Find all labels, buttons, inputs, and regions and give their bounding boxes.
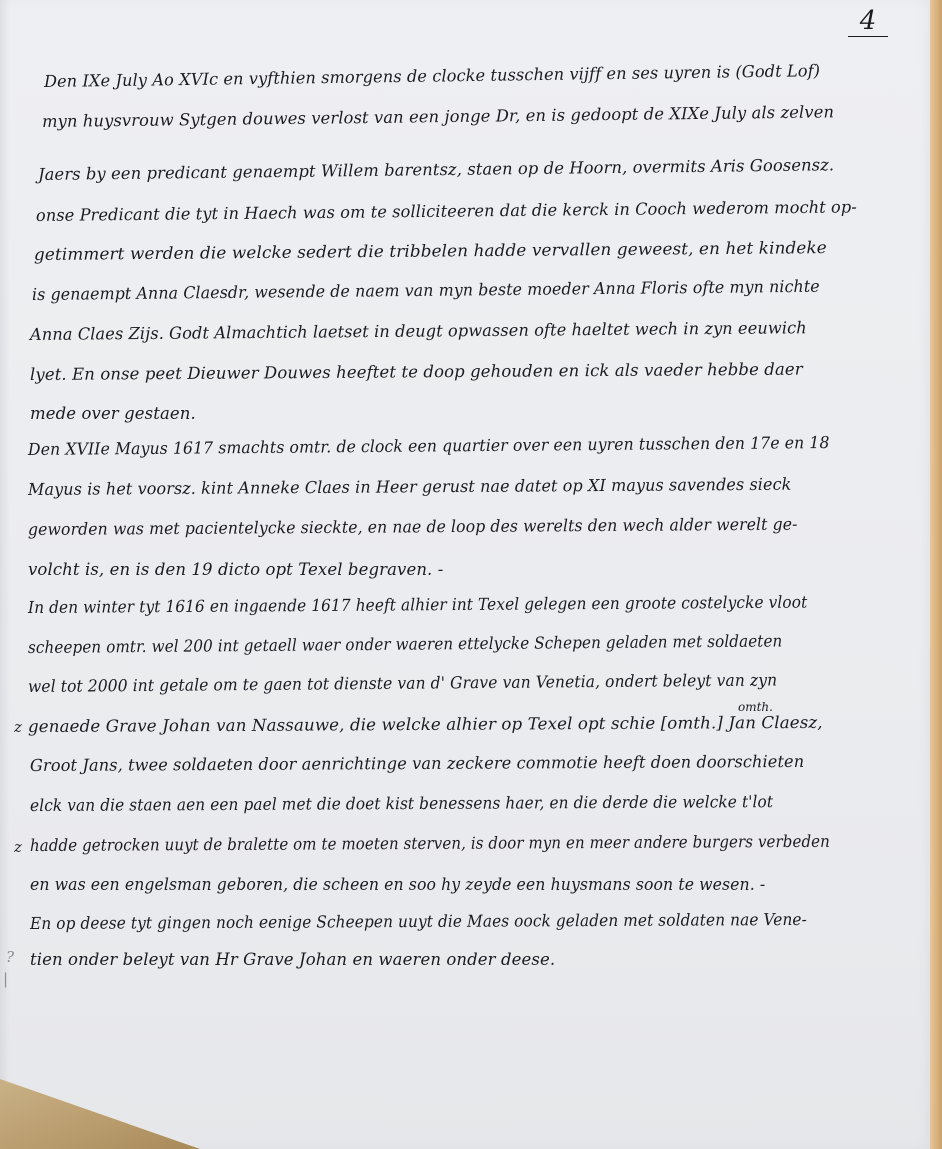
text-line: onse Predicant die tyt in Haech was om t… <box>36 197 857 225</box>
text-line: tien onder beleyt van Hr Grave Johan en … <box>30 950 555 969</box>
text-line: En op deese tyt gingen noch eenige Schee… <box>30 910 807 933</box>
text-line: scheepen omtr. wel 200 int getaell waer … <box>28 631 783 657</box>
text-line: geworden was met pacientelycke sieckte, … <box>28 515 798 539</box>
text-line: genaede Grave Johan van Nassauwe, die we… <box>28 713 823 736</box>
text-line: Mayus is het voorsz. kint Anneke Claes i… <box>28 475 792 499</box>
margin-reference-mark: z <box>14 718 22 736</box>
text-line: In den winter tyt 1616 en ingaende 1617 … <box>28 593 807 617</box>
text-line: mede over gestaen. <box>30 404 196 423</box>
text-line: volcht is, en is den 19 dicto opt Texel … <box>28 560 443 579</box>
text-line: myn huysvrouw Sytgen douwes verlost van … <box>42 102 834 131</box>
text-line: elck van die staen aen een pael met die … <box>30 792 773 815</box>
margin-reference-mark: | <box>3 970 8 988</box>
margin-reference-mark: z <box>14 838 22 856</box>
text-line: Anna Claes Zijs. Godt Almachtich laetset… <box>30 318 807 344</box>
text-line: is genaempt Anna Claesdr, wesende de nae… <box>32 277 820 304</box>
manuscript-text: Den IXe July Ao XVIc en vyfthien smorgen… <box>0 0 942 1149</box>
margin-reference-mark: ? <box>6 948 14 966</box>
text-line: Den IXe July Ao XVIc en vyfthien smorgen… <box>44 61 820 91</box>
text-line: wel tot 2000 int getale om te gaen tot d… <box>28 670 777 696</box>
interlinear-insertion: omth. <box>738 700 773 714</box>
text-line: lyet. En onse peet Dieuwer Douwes heefte… <box>30 360 803 384</box>
text-line: en was een engelsman geboren, die scheen… <box>30 875 765 894</box>
text-line: Den XVIIe Mayus 1617 smachts omtr. de cl… <box>28 433 830 459</box>
text-line: Groot Jans, twee soldaeten door aenricht… <box>30 752 804 775</box>
text-line: getimmert werden die welcke sedert die t… <box>34 238 827 264</box>
text-line: hadde getrocken uuyt de bralette om te m… <box>30 832 830 855</box>
text-line: Jaers by een predicant genaempt Willem b… <box>38 155 834 184</box>
